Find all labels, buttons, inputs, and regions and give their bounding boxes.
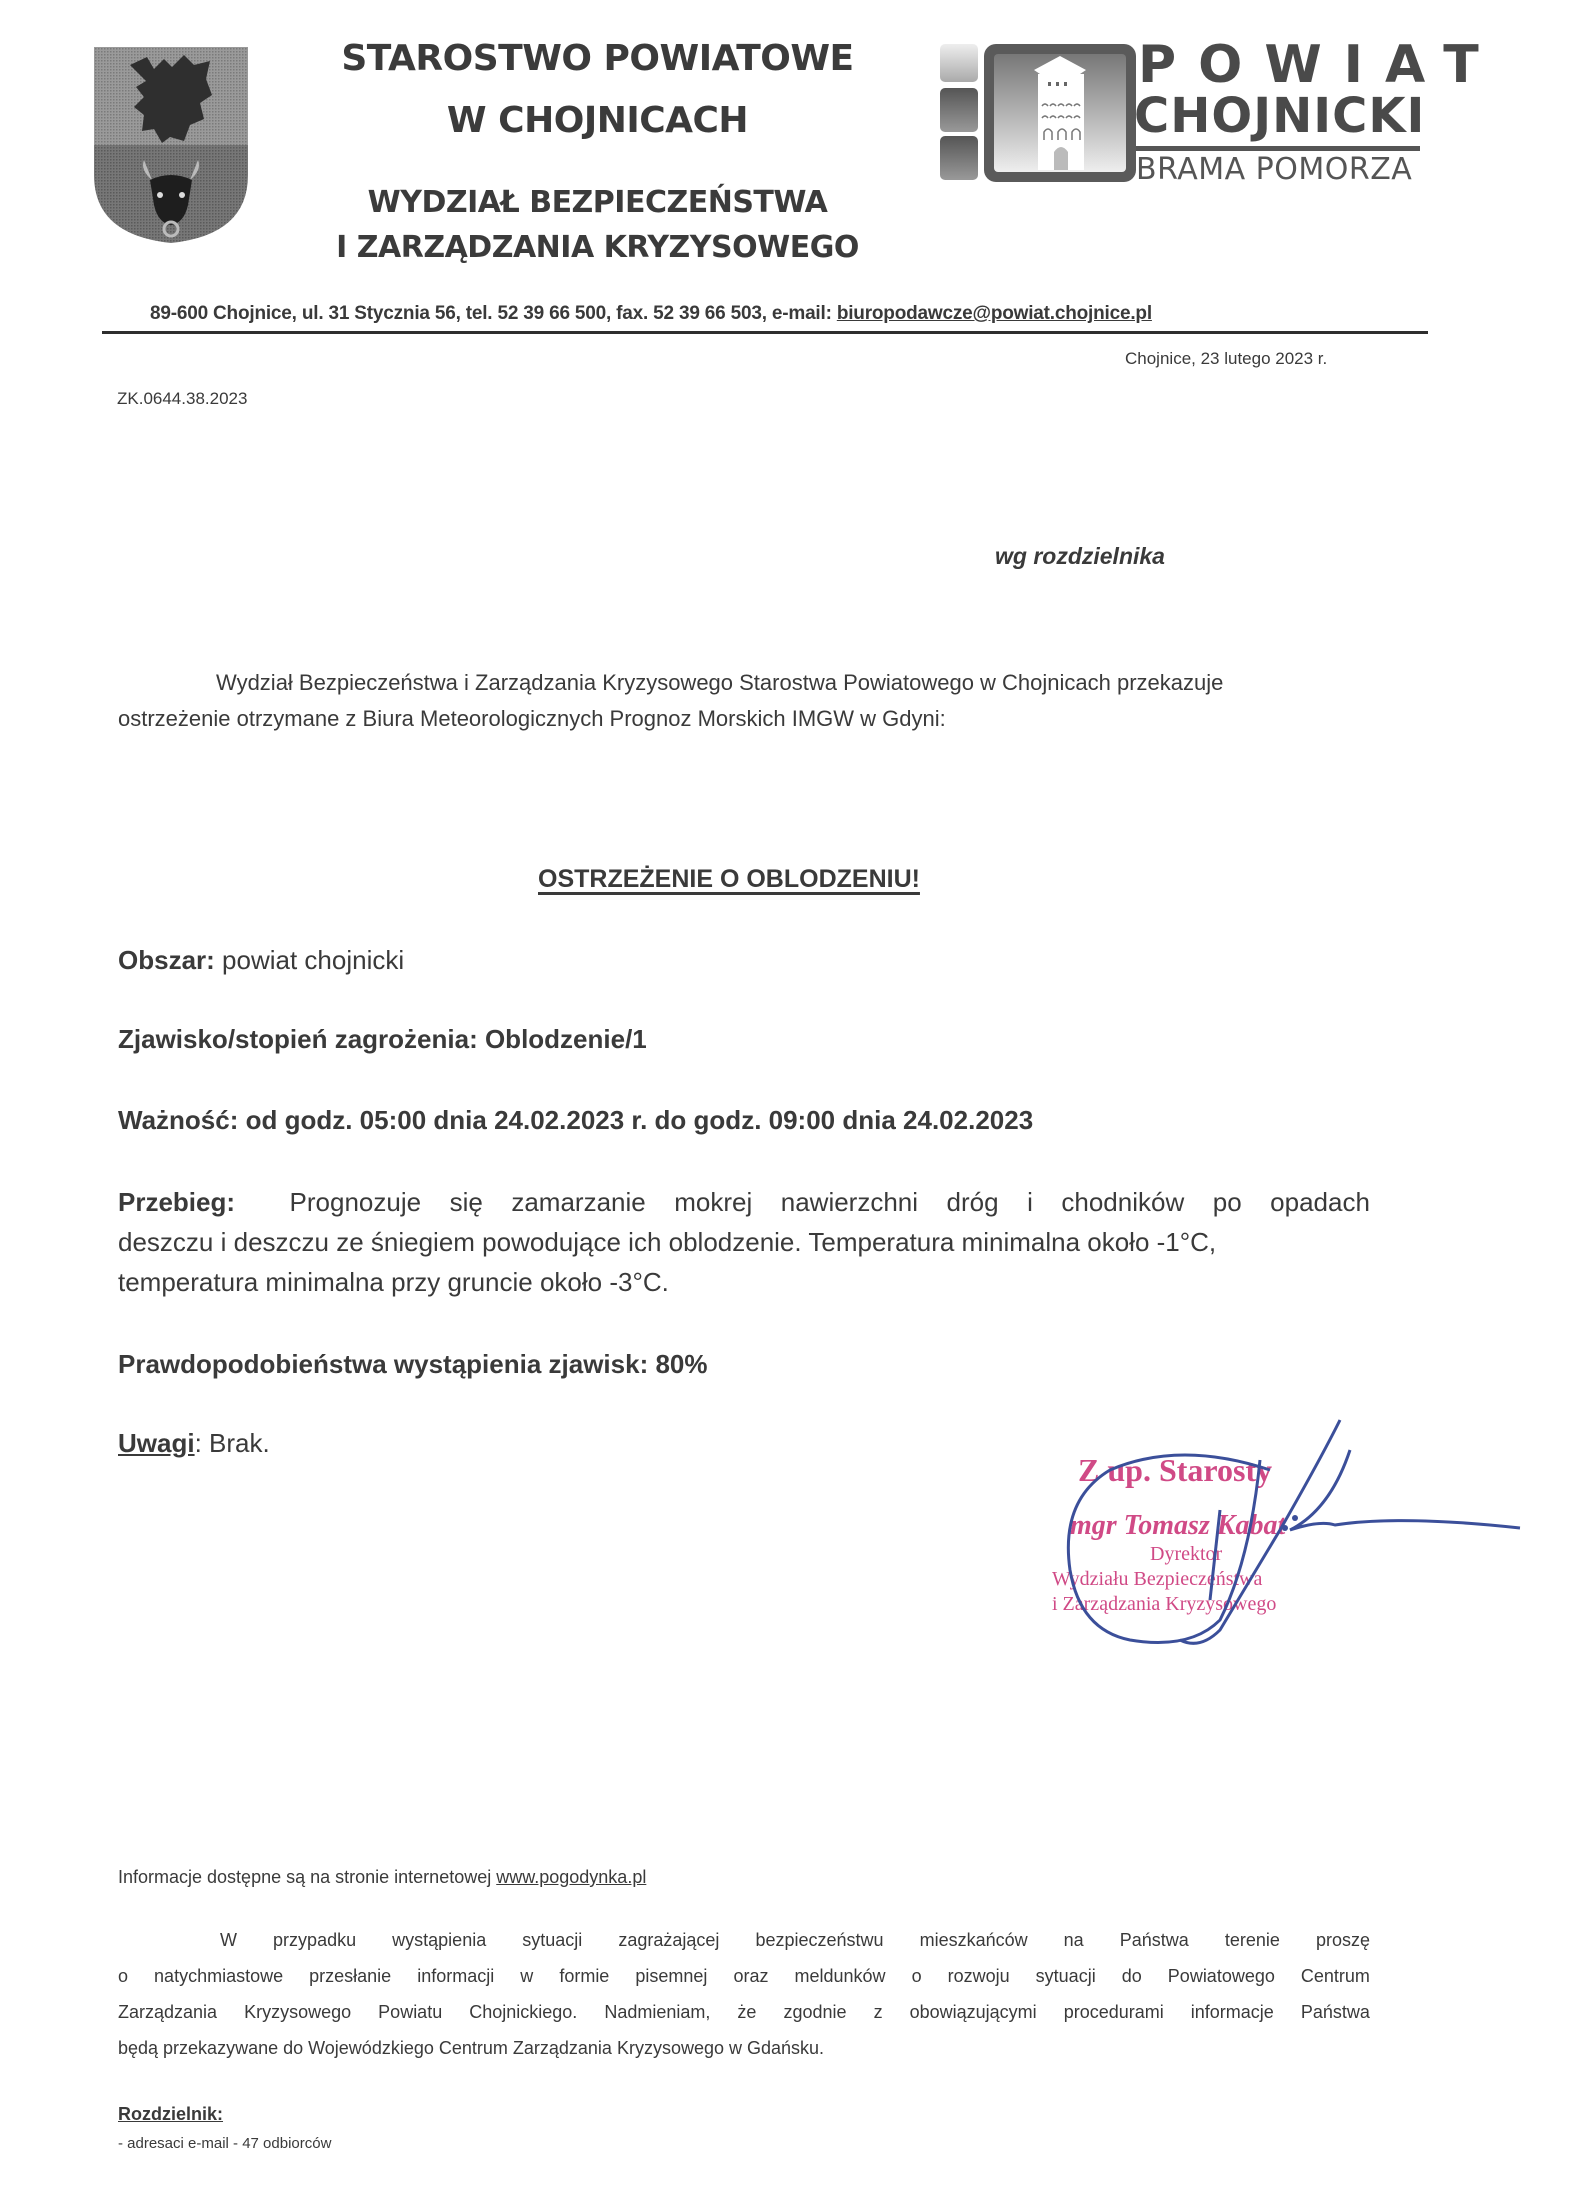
word: oraz (733, 1966, 768, 1987)
footer-para-line2: onatychmiastoweprzesłanieinformacjiwform… (118, 1966, 1370, 1987)
warning-title: OSTRZEŻENIE O OBLODZENIU! (538, 865, 920, 894)
word: mokrej (674, 1187, 752, 1218)
logo-text-powiat: POWIAT (1138, 35, 1501, 95)
email-link[interactable]: biuropodawcze@powiat.chojnice.pl (837, 303, 1152, 324)
word: obowiązującymi (910, 2002, 1037, 2023)
footer-para-line3: ZarządzaniaKryzysowegoPowiatuChojnickieg… (118, 2002, 1370, 2023)
word: Powiatu (378, 2002, 442, 2023)
word: pisemnej (635, 1966, 707, 1987)
info-text: Informacje dostępne są na stronie intern… (118, 1867, 496, 1887)
intro-line2: ostrzeżenie otrzymane z Biura Meteorolog… (118, 706, 946, 732)
phenomenon-text: Zjawisko/stopień zagrożenia: Oblodzenie/… (118, 1024, 647, 1054)
header-divider (102, 331, 1428, 334)
institution-name-line1: STAROSTWO POWIATOWE (300, 38, 895, 79)
word: mieszkańców (920, 1930, 1028, 1951)
word: zgodnie (783, 2002, 846, 2023)
distribution-label: Rozdzielnik: (118, 2104, 223, 2125)
word: się (450, 1187, 483, 1218)
word: Kryzysowego (244, 2002, 351, 2023)
word: i (1027, 1187, 1033, 1218)
course-label: Przebieg: (118, 1187, 235, 1218)
word: sytuacji (522, 1930, 582, 1951)
word: w (520, 1966, 533, 1987)
field-phenomenon: Zjawisko/stopień zagrożenia: Oblodzenie/… (118, 1024, 647, 1055)
word: że (737, 2002, 756, 2023)
word: Powiatowego (1168, 1966, 1275, 1987)
coat-of-arms-icon (92, 45, 250, 245)
area-value: powiat chojnicki (215, 945, 404, 975)
field-remarks: Uwagi: Brak. (118, 1428, 270, 1459)
field-validity: Ważność: od godz. 05:00 dnia 24.02.2023 … (118, 1105, 1033, 1136)
word: na (1064, 1930, 1084, 1951)
area-label: Obszar: (118, 945, 215, 975)
course-line3: temperatura minimalna przy gruncie około… (118, 1267, 669, 1298)
course-line2: deszczu i deszczu ze śniegiem powodujące… (118, 1227, 1216, 1258)
signature-icon (1020, 1400, 1540, 1670)
recipient: wg rozdzielnika (995, 543, 1165, 570)
word: Chojnickiego. (469, 2002, 577, 2023)
institution-name-line2: W CHOJNICACH (300, 100, 895, 141)
word: Centrum (1301, 1966, 1370, 1987)
word: procedurami (1064, 2002, 1164, 2023)
department-name-line2: I ZARZĄDZANIA KRYZYSOWEGO (300, 230, 895, 265)
word: Państwa (1301, 2002, 1370, 2023)
word: rozwoju (948, 1966, 1010, 1987)
word: Nadmieniam, (604, 2002, 710, 2023)
word: meldunków (794, 1966, 885, 1987)
word: opadach (1270, 1187, 1370, 1218)
word: zagrażającej (618, 1930, 719, 1951)
contact-address: 89-600 Chojnice, ul. 31 Stycznia 56, tel… (150, 303, 1152, 325)
word: natychmiastowe (154, 1966, 283, 1987)
address-text: 89-600 Chojnice, ul. 31 Stycznia 56, tel… (150, 303, 837, 324)
footer-para-line1: Wprzypadkuwystąpieniasytuacjizagrażające… (220, 1930, 1370, 1951)
word: wystąpienia (392, 1930, 486, 1951)
course-line1: Przebieg: Prognozujesięzamarzaniemokrejn… (118, 1187, 1370, 1218)
word: Zarządzania (118, 2002, 217, 2023)
word: przesłanie (309, 1966, 391, 1987)
powiat-logo-icon (938, 42, 1138, 187)
remarks-value: : Brak. (195, 1428, 270, 1458)
distribution-item: - adresaci e-mail - 47 odbiorców (118, 2135, 331, 2152)
word: o (912, 1966, 922, 1987)
footer-para-line4: będą przekazywane do Wojewódzkiego Centr… (118, 2038, 824, 2059)
word: dróg (947, 1187, 999, 1218)
probability-value: : 80% (640, 1349, 708, 1379)
word: po (1213, 1187, 1242, 1218)
word: z (874, 2002, 883, 2023)
word: przypadku (273, 1930, 356, 1951)
validity-label: Ważność (118, 1105, 230, 1135)
word: formie (559, 1966, 609, 1987)
probability-label: Prawdopodobieństwa wystąpienia zjawisk (118, 1349, 640, 1379)
validity-value: : od godz. 05:00 dnia 24.02.2023 r. do g… (230, 1105, 1033, 1135)
word: proszę (1316, 1930, 1370, 1951)
logo-text-tagline: BRAMA POMORZA (1136, 152, 1412, 187)
field-probability: Prawdopodobieństwa wystąpienia zjawisk: … (118, 1349, 708, 1380)
word: W (220, 1930, 237, 1951)
word: informacje (1191, 2002, 1274, 2023)
logo-divider (1136, 146, 1420, 151)
department-name-line1: WYDZIAŁ BEZPIECZEŃSTWA (300, 185, 895, 220)
pogodynka-link[interactable]: www.pogodynka.pl (496, 1867, 646, 1887)
info-line: Informacje dostępne są na stronie intern… (118, 1867, 646, 1888)
word: nawierzchni (781, 1187, 918, 1218)
word: do (1122, 1966, 1142, 1987)
word: o (118, 1966, 128, 1987)
word: sytuacji (1036, 1966, 1096, 1987)
remarks-label: Uwagi (118, 1428, 195, 1458)
word: informacji (417, 1966, 494, 1987)
intro-line1: Wydział Bezpieczeństwa i Zarządzania Kry… (216, 670, 1223, 696)
word: chodników (1061, 1187, 1184, 1218)
reference-number: ZK.0644.38.2023 (117, 389, 247, 409)
word: Prognozuje (290, 1187, 422, 1218)
field-area: Obszar: powiat chojnicki (118, 945, 404, 976)
word: Państwa (1120, 1930, 1189, 1951)
logo-text-chojnicki: CHOJNICKI (1134, 88, 1425, 144)
word: bezpieczeństwu (755, 1930, 883, 1951)
word: terenie (1225, 1930, 1280, 1951)
word: zamarzanie (511, 1187, 645, 1218)
place-date: Chojnice, 23 lutego 2023 r. (1125, 349, 1327, 369)
